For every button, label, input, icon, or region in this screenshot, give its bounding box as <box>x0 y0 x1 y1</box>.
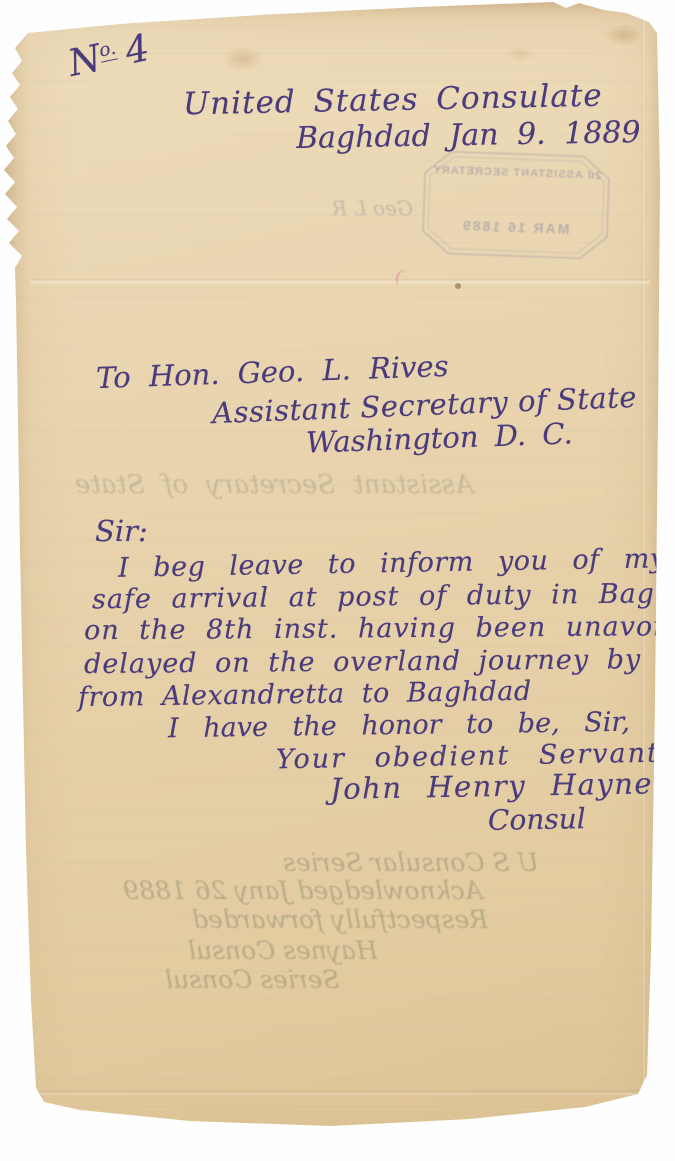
bleedthrough-docket-line: Series Consul <box>165 965 340 994</box>
bleedthrough-line: Assistant Secretary of State <box>75 470 474 500</box>
bleedthrough-received-stamp: 2d ASSISTANT SECRETARY MAR 16 1889 <box>418 147 614 264</box>
signer-title: Consul <box>488 802 586 837</box>
body-line: delayed on the overland journey by carav… <box>84 643 675 680</box>
horizontal-fold-crease <box>30 279 650 285</box>
bottom-fold-crease <box>40 1090 640 1095</box>
paper-stain <box>222 46 264 72</box>
bleedthrough-docket-line: Acknowledged Jany 26 1889 <box>123 876 483 905</box>
bleedthrough-docket-line: Respectfully forwarded <box>192 905 488 934</box>
corner-stain <box>604 24 644 46</box>
scan-background: 2d ASSISTANT SECRETARY MAR 16 1889 Geo L… <box>0 0 675 1161</box>
document-number-superscript: o. <box>97 37 118 62</box>
ink-spot <box>455 283 461 289</box>
bleedthrough-docket-line: U S Consular Series <box>283 848 539 877</box>
bleedthrough-docket-line: Haynes Consul <box>188 936 378 965</box>
stamp-office-label: 2d ASSISTANT SECRETARY <box>433 164 602 182</box>
signature: John Henry Haynes <box>330 766 670 806</box>
bleedthrough-note: Geo L R <box>332 196 413 220</box>
stamp-date: MAR 16 1889 <box>461 217 570 237</box>
letterhead-place-date: Baghdad Jan 9. 1889 <box>296 115 641 156</box>
body-line: on the 8th inst. having been unavoidably <box>84 611 675 647</box>
paper-stain <box>506 46 534 62</box>
edge-smudge <box>34 1106 50 1117</box>
letter-paper: 2d ASSISTANT SECRETARY MAR 16 1889 Geo L… <box>0 0 675 1161</box>
salutation: Sir: <box>95 514 148 548</box>
body-line: from Alexandretta to Baghdad <box>78 676 532 713</box>
body-line: safe arrival at post of duty in Baghdad <box>92 578 675 616</box>
